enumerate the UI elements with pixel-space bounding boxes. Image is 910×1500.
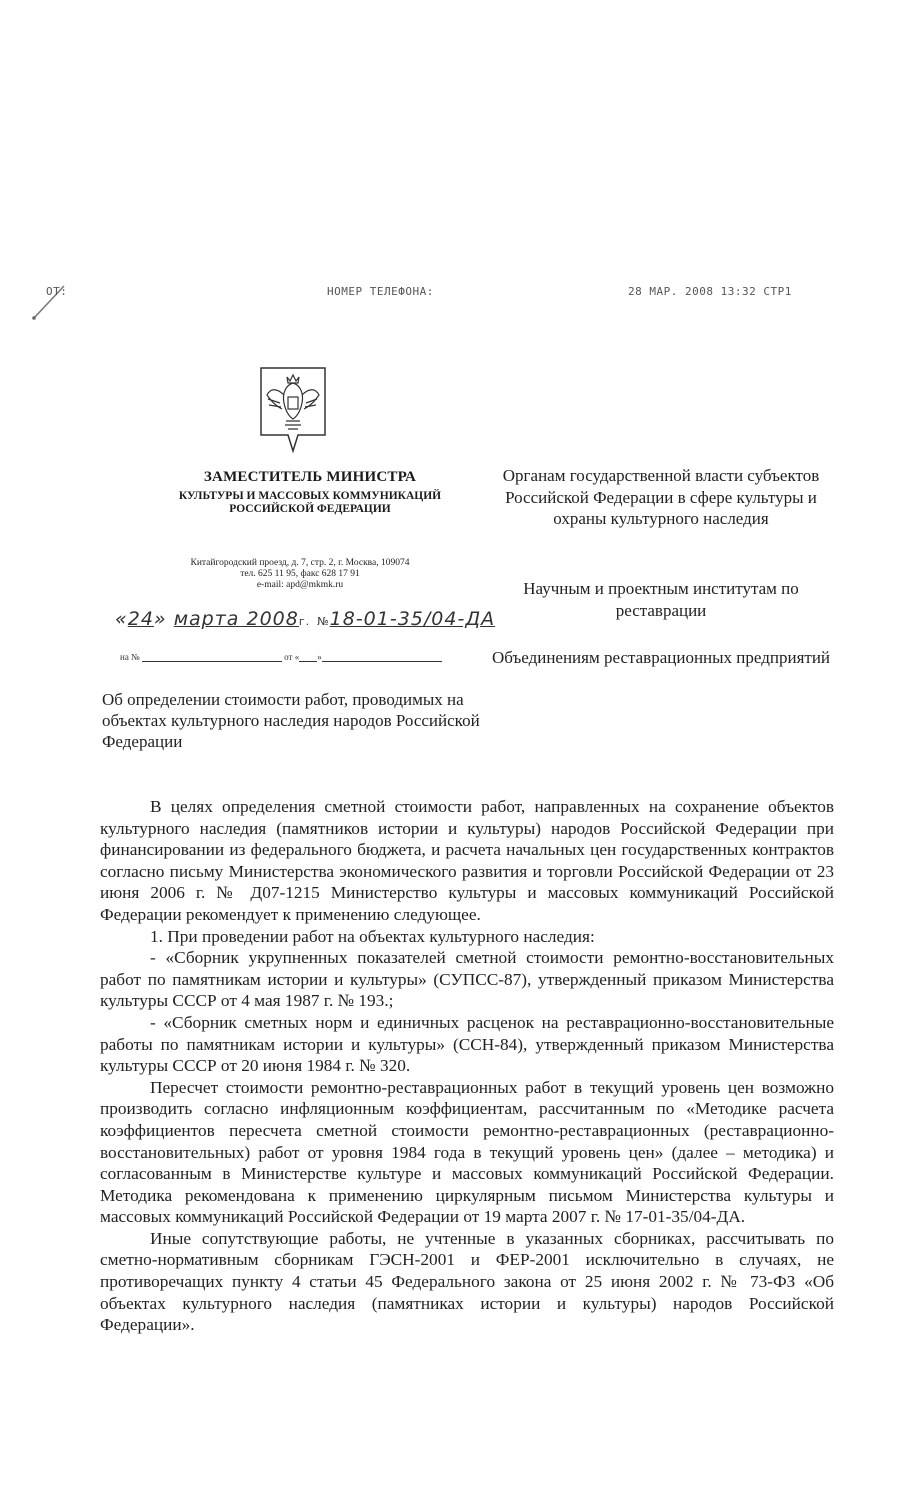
reply-date-blank (322, 652, 442, 662)
letterhead-email: e-mail: apd@mkmk.ru (130, 580, 470, 591)
reply-reference-line: на № от «» (120, 652, 442, 662)
addressee-3: Объединениям реставрационных предприятий (482, 647, 840, 669)
body-paragraph-2: 1. При проведении работ на объектах куль… (100, 926, 834, 948)
letter-body: В целях определения сметной стоимости ра… (100, 796, 834, 1336)
fax-datetime-page: 28 МАР. 2008 13:32 СТР1 (628, 285, 792, 298)
coat-of-arms-icon (258, 365, 328, 453)
body-paragraph-5: Пересчет стоимости ремонтно-реставрацион… (100, 1077, 834, 1228)
fax-from-label: ОТ: (46, 285, 67, 298)
reply-day-blank (299, 652, 317, 662)
letterhead-country: РОССИЙСКОЙ ФЕДЕРАЦИИ (150, 503, 470, 515)
letter-subject: Об определении стоимости работ, проводим… (102, 689, 482, 752)
body-paragraph-6: Иные сопутствующие работы, не учтенные в… (100, 1228, 834, 1336)
letterhead-ministry: КУЛЬТУРЫ И МАССОВЫХ КОММУНИКАЦИЙ (150, 490, 470, 502)
reg-year-suffix: г. (299, 615, 310, 628)
reg-date-open: « (115, 608, 128, 630)
reply-from-label: от « (284, 652, 299, 662)
reg-number-label: № (317, 615, 329, 628)
reply-number-blank (142, 652, 282, 662)
reply-to-label: на № (120, 652, 140, 662)
letterhead-address: Китайгородский проезд, д. 7, стр. 2, г. … (130, 558, 470, 569)
reg-date-month-year: марта 2008 (174, 608, 299, 630)
fax-phone-label: НОМЕР ТЕЛЕФОНА: (327, 285, 434, 298)
body-paragraph-3: - «Сборник укрупненных показателей сметн… (100, 947, 834, 1012)
body-paragraph-4: - «Сборник сметных норм и единичных расц… (100, 1012, 834, 1077)
addressee-2: Научным и проектным институтам по рестав… (482, 578, 840, 621)
reg-date-close: » (154, 608, 167, 630)
reg-date-day: 24 (128, 608, 154, 630)
addressee-1: Органам государственной власти субъектов… (482, 465, 840, 530)
registration-line: «24» марта 2008г. №18-01-35/04-ДА (115, 608, 495, 630)
reg-number: 18-01-35/04-ДА (330, 608, 496, 630)
body-paragraph-1: В целях определения сметной стоимости ра… (100, 796, 834, 926)
letterhead-title: ЗАМЕСТИТЕЛЬ МИНИСТРА (150, 469, 470, 486)
letterhead-phone-fax: тел. 625 11 95, факс 628 17 91 (130, 569, 470, 580)
